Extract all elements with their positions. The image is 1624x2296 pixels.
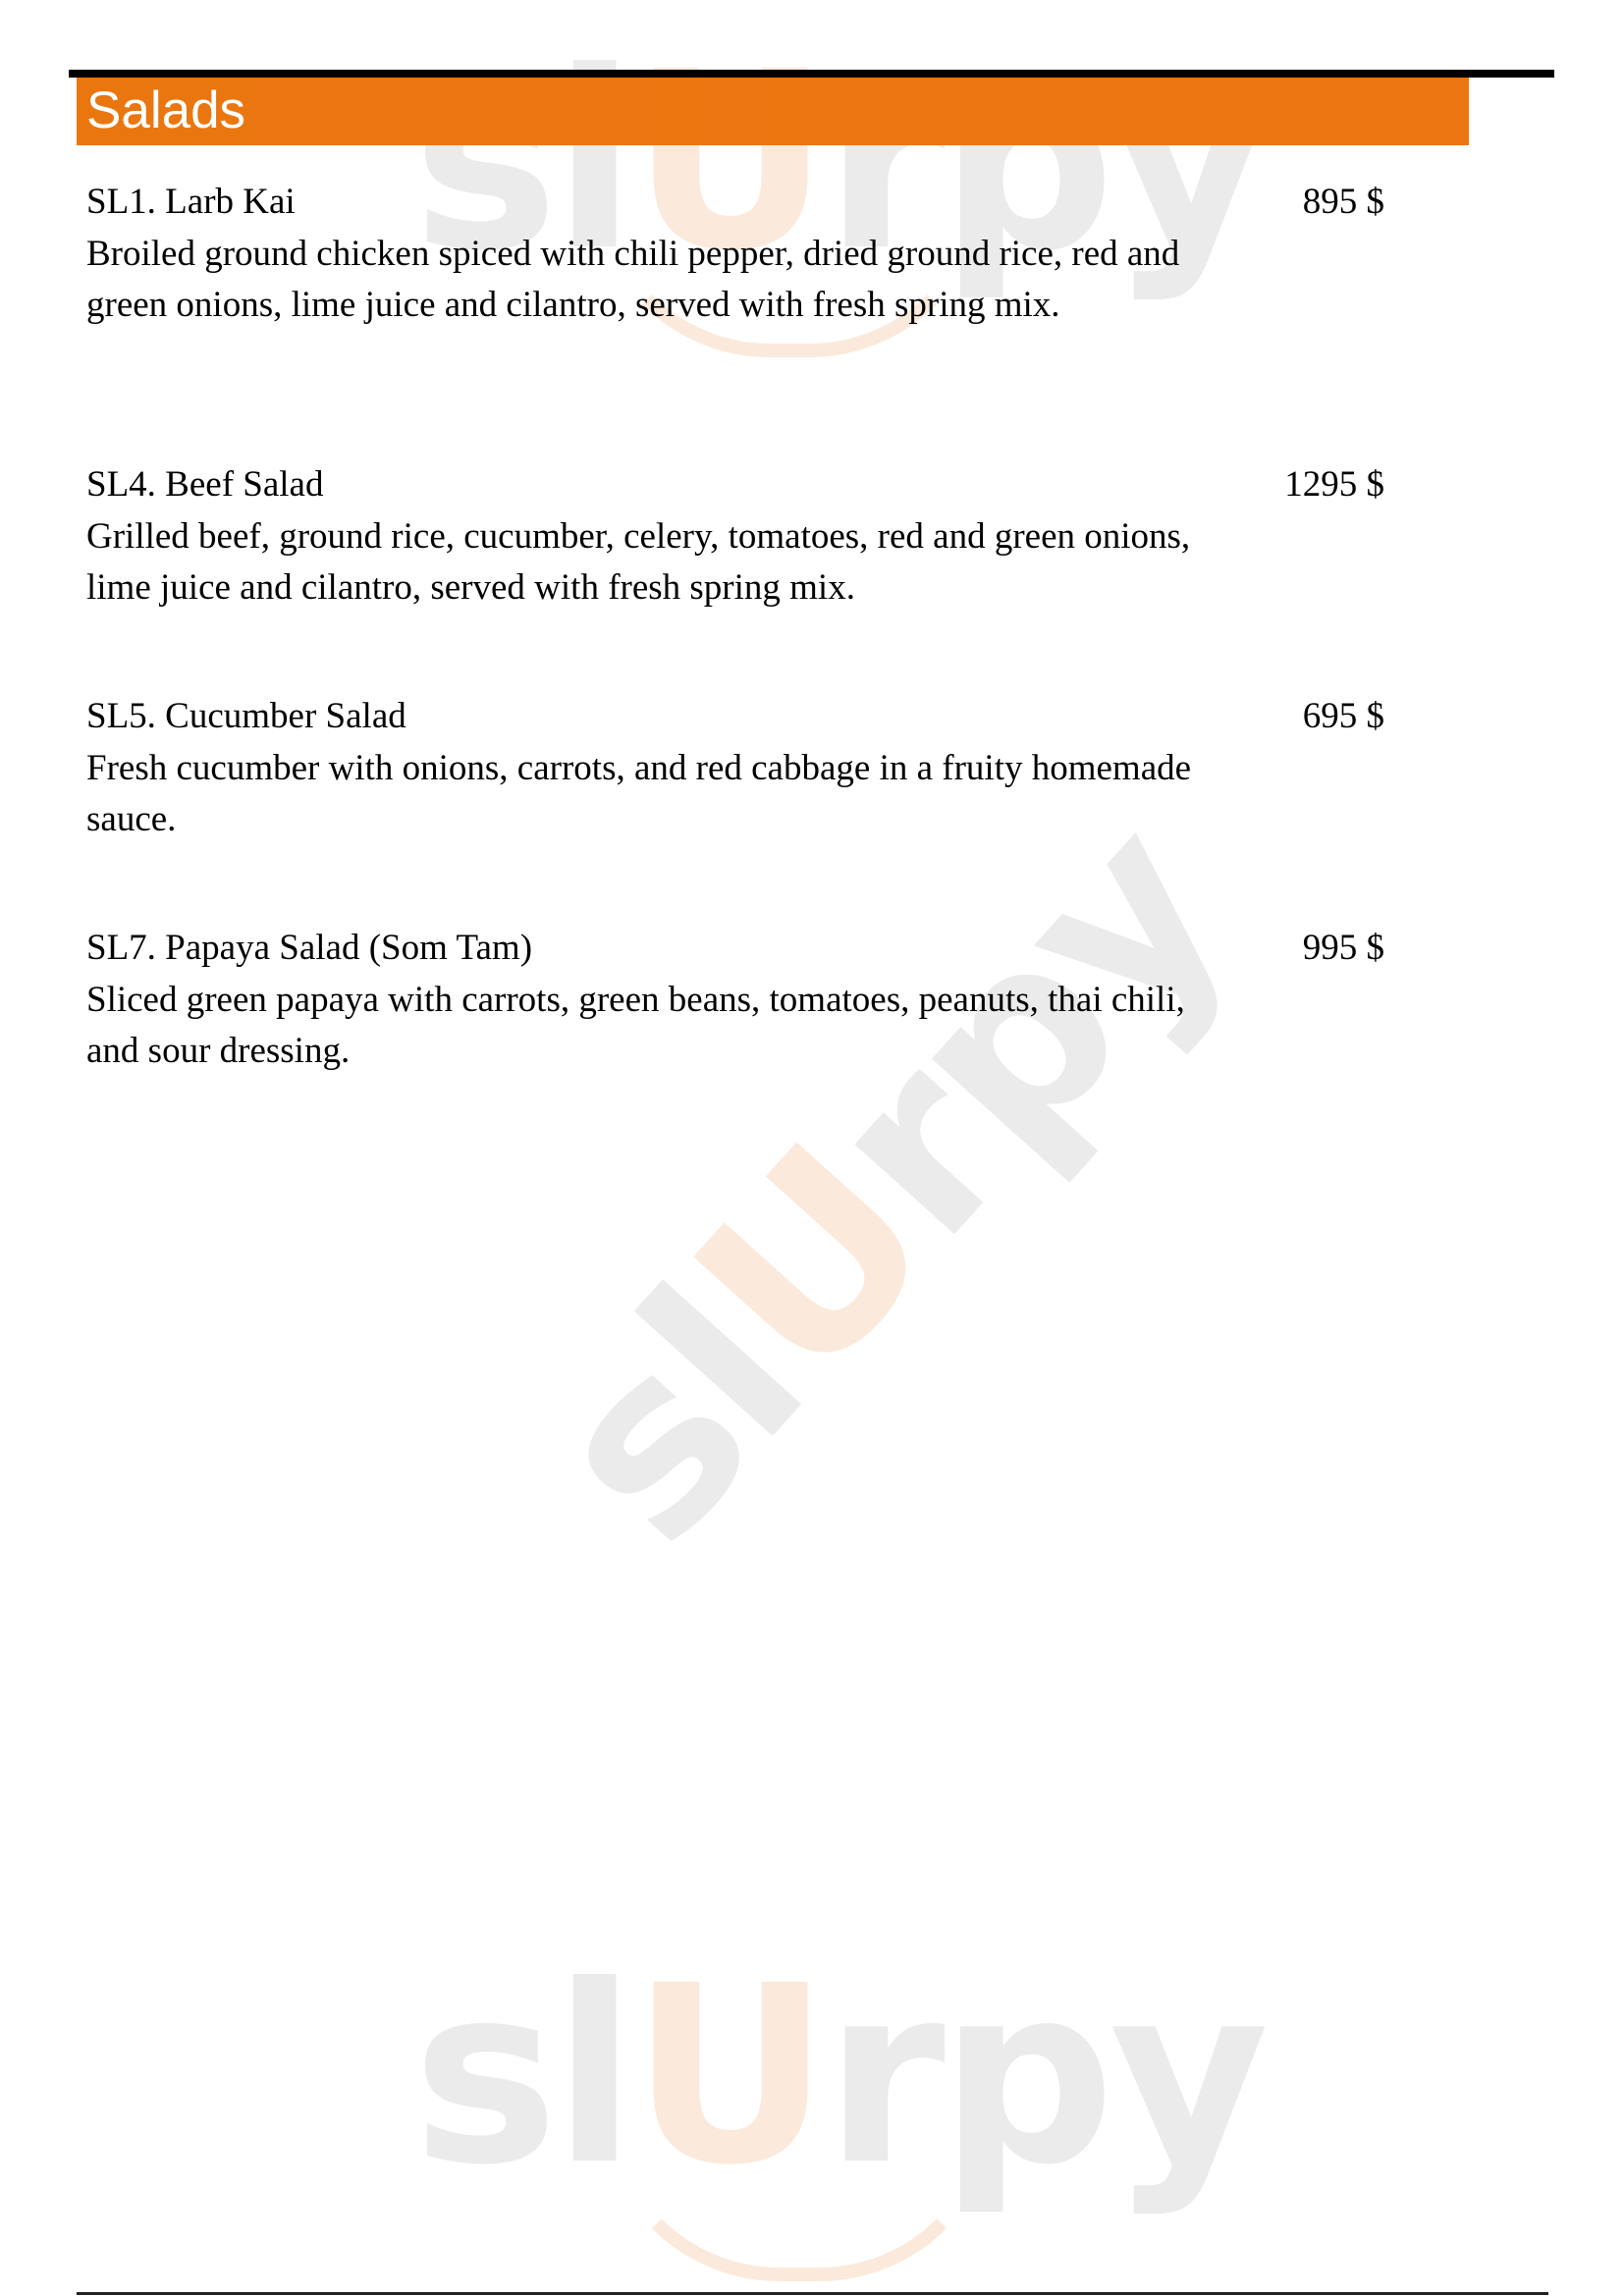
watermark-swoosh-icon bbox=[599, 2101, 1000, 2281]
section-title: Salads bbox=[86, 81, 245, 140]
item-name: SL5. Cucumber Salad bbox=[86, 691, 1384, 743]
top-divider bbox=[69, 70, 1554, 78]
item-description: Sliced green papaya with carrots, green … bbox=[86, 975, 1245, 1078]
item-price: 895 $ bbox=[1303, 177, 1384, 229]
menu-item: SL4. Beef Salad 1295 $ Grilled beef, gro… bbox=[86, 459, 1384, 614]
item-description: Fresh cucumber with onions, carrots, and… bbox=[86, 743, 1245, 846]
item-description: Broiled ground chicken spiced with chili… bbox=[86, 229, 1245, 332]
item-price: 1295 $ bbox=[1284, 459, 1384, 511]
bottom-divider bbox=[77, 2292, 1548, 2295]
section-header: Salads bbox=[77, 78, 1469, 145]
item-price: 695 $ bbox=[1303, 691, 1384, 743]
item-description: Grilled beef, ground rice, cucumber, cel… bbox=[86, 511, 1245, 614]
menu-item: SL7. Papaya Salad (Som Tam) 995 $ Sliced… bbox=[86, 923, 1384, 1078]
item-name: SL7. Papaya Salad (Som Tam) bbox=[86, 923, 1384, 975]
watermark-text: U bbox=[642, 1097, 984, 1432]
watermark-text: sl bbox=[412, 1933, 631, 2218]
watermark-text: sl bbox=[496, 1241, 854, 1594]
menu-item: SL5. Cucumber Salad 695 $ Fresh cucumber… bbox=[86, 691, 1384, 846]
menu-item: SL1. Larb Kai 895 $ Broiled ground chick… bbox=[86, 177, 1384, 332]
item-name: SL4. Beef Salad bbox=[86, 459, 1384, 511]
watermark-logo-middle: slUrpy bbox=[511, 784, 1263, 1580]
item-price: 995 $ bbox=[1303, 923, 1384, 975]
item-name: SL1. Larb Kai bbox=[86, 177, 1384, 229]
